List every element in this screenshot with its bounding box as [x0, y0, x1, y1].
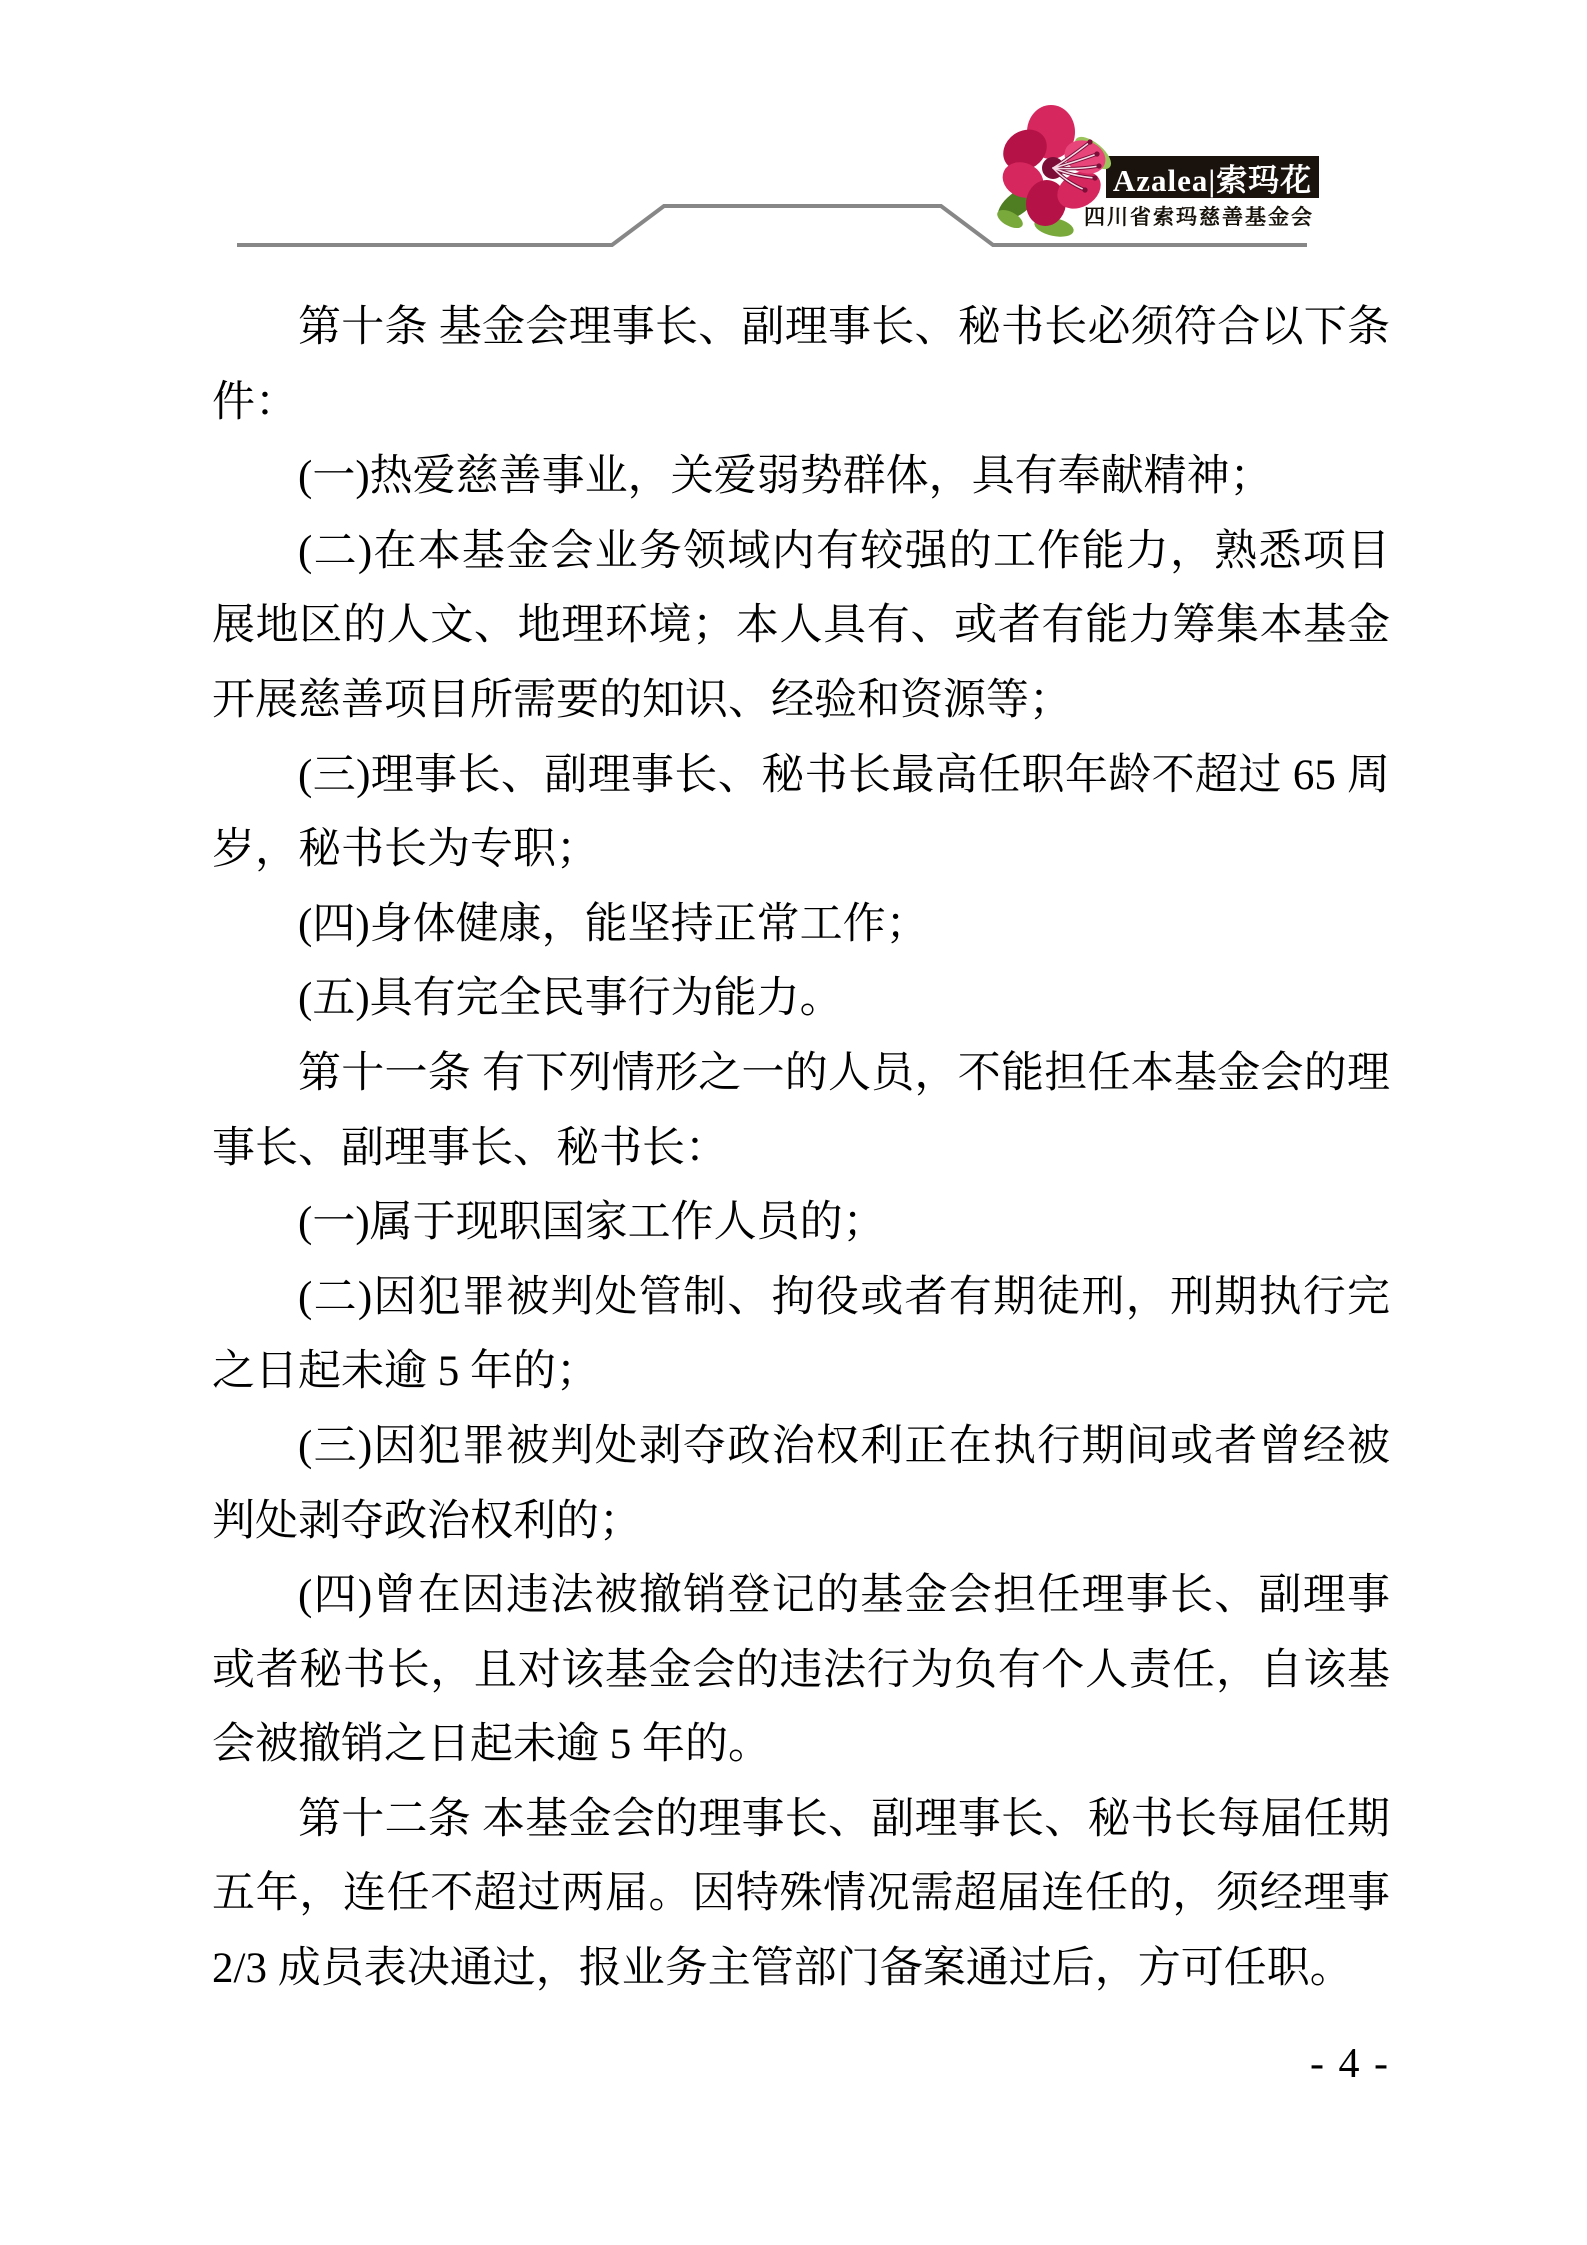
body-line: 第十条 基金会理事长、副理事长、秘书长必须符合以下条 — [212, 291, 1390, 366]
org-logo: Azalea|索玛花 四川省索玛慈善基金会 — [990, 95, 1330, 245]
body-line: 五年，连任不超过两届。因特殊情况需超届连任的，须经理事会 — [212, 1857, 1390, 1932]
body-line: (四)身体健康，能坚持正常工作； — [212, 888, 1390, 963]
body-line: (四)曾在因违法被撤销登记的基金会担任理事长、副理事长 — [212, 1559, 1390, 1634]
body-line: (一)热爱慈善事业，关爱弱势群体，具有奉献精神； — [212, 440, 1390, 515]
body-line: 会被撤销之日起未逾 5 年的。 — [212, 1708, 1390, 1783]
body-line: 2/3 成员表决通过，报业务主管部门备案通过后，方可任职。 — [212, 1932, 1390, 2007]
body-line: (二)在本基金会业务领域内有较强的工作能力，熟悉项目开 — [212, 515, 1390, 590]
body-line: 开展慈善项目所需要的知识、经验和资源等； — [212, 664, 1390, 739]
logo-brand-text: Azalea|索玛花 — [1113, 155, 1312, 200]
body-line: 第十一条 有下列情形之一的人员，不能担任本基金会的理 — [212, 1037, 1390, 1112]
logo-org-name: 四川省索玛慈善基金会 — [1084, 201, 1324, 231]
body-line: 或者秘书长，且对该基金会的违法行为负有个人责任，自该基金 — [212, 1634, 1390, 1709]
body-line: 岁，秘书长为专职； — [212, 813, 1390, 888]
body-line: (三)因犯罪被判处剥夺政治权利正在执行期间或者曾经被 — [212, 1410, 1390, 1485]
body-line: 之日起未逾 5 年的； — [212, 1335, 1390, 1410]
body-line: 第十二条 本基金会的理事长、副理事长、秘书长每届任期 — [212, 1783, 1390, 1858]
body-line: 判处剥夺政治权利的； — [212, 1485, 1390, 1560]
header-divider-line — [0, 0, 1587, 300]
body-line: 事长、副理事长、秘书长： — [212, 1112, 1390, 1187]
document-page: Azalea|索玛花 四川省索玛慈善基金会 — [0, 0, 1587, 2245]
body-line: (二)因犯罪被判处管制、拘役或者有期徒刑，刑期执行完毕 — [212, 1261, 1390, 1336]
logo-banner: Azalea|索玛花 — [1106, 156, 1319, 198]
body-line: 件： — [212, 366, 1390, 441]
page-number: - 4 - — [1310, 2040, 1390, 2088]
body-line: (五)具有完全民事行为能力。 — [212, 962, 1390, 1037]
document-body: 第十条 基金会理事长、副理事长、秘书长必须符合以下条件：(一)热爱慈善事业，关爱… — [212, 291, 1390, 2007]
body-line: (三)理事长、副理事长、秘书长最高任职年龄不超过 65 周 — [212, 739, 1390, 814]
azalea-flower-icon — [996, 101, 1116, 241]
body-line: (一)属于现职国家工作人员的； — [212, 1186, 1390, 1261]
body-line: 展地区的人文、地理环境；本人具有、或者有能力筹集本基金会 — [212, 589, 1390, 664]
